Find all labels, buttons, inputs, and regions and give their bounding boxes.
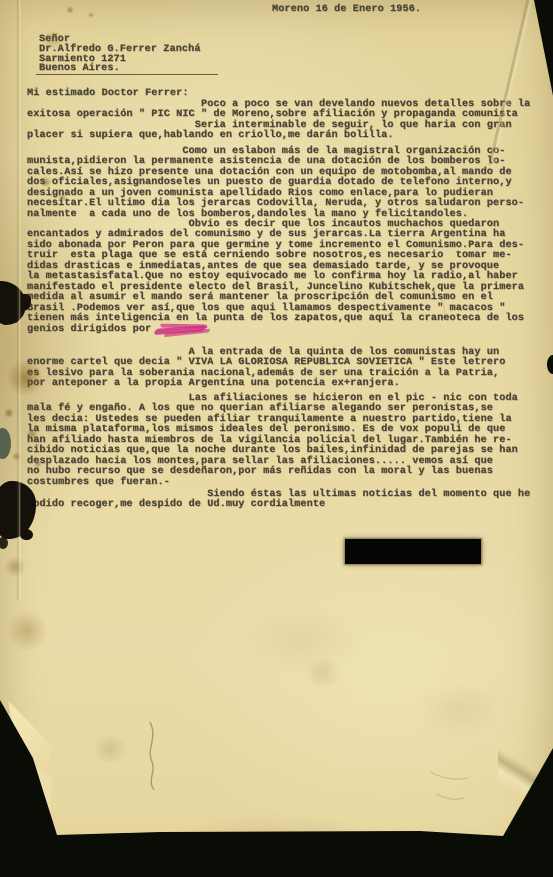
paragraph-5: Las afiliaciones se hicieron en el pic -… [27, 394, 553, 488]
typewritten-line: placer si supiera que,hablando en crioll… [27, 131, 553, 141]
stain [90, 736, 130, 762]
corner-fold-shade [498, 740, 553, 845]
dark-stain [0, 428, 11, 459]
folded-corner-flap [4, 698, 58, 838]
paragraph-4: A la entrada de la quinta de los comunis… [27, 348, 553, 390]
typewritten-line: genios dirigidos por [27, 325, 553, 335]
recipient-block: Señor Dr.Alfredo G.Ferrer Zanchá Sarmien… [39, 35, 201, 74]
address-underline [36, 74, 218, 75]
vertical-crease [16, 0, 21, 600]
typewritten-line: podido recoger,me despido de Ud.muy cord… [27, 500, 553, 510]
stain [66, 6, 74, 14]
stain [4, 556, 26, 578]
paragraph-6: Siendo éstas las ultimas noticias del mo… [27, 490, 553, 511]
magenta-scribble-redaction [155, 322, 211, 338]
typewritten-line: por anteponer a la propia Argentina una … [27, 379, 553, 389]
stain [300, 660, 346, 686]
typewritten-line: costumbres que fueran.- [27, 478, 553, 488]
stain [40, 176, 52, 188]
stain [26, 428, 38, 440]
stain [8, 608, 46, 654]
recipient-line: Buenos Aires. [39, 64, 201, 74]
paragraph-1: Poco a poco se van develando nuevos deta… [27, 100, 553, 142]
date-line: Moreno 16 de Enero 1956. [272, 5, 421, 15]
stain [8, 358, 42, 398]
paragraph-2: Como un eslabon más de la magistral orga… [27, 147, 553, 220]
folded-corner-flap [26, 764, 52, 836]
stain [88, 12, 94, 18]
signature-redaction-bar [345, 539, 481, 564]
stain [44, 28, 62, 52]
letter-paper: Moreno 16 de Enero 1956. Señor Dr.Alfred… [0, 0, 553, 877]
typewritten-line: tienen más inteligencia en la punta de l… [27, 314, 553, 324]
greeting-line: Mi estimado Doctor Ferrer: [27, 89, 189, 99]
scanned-letter-photo: Moreno 16 de Enero 1956. Señor Dr.Alfred… [0, 0, 553, 877]
stain [34, 460, 42, 468]
stain [58, 193, 67, 202]
stain [4, 408, 14, 418]
edge-notch [547, 355, 553, 374]
paragraph-3: Obvio es decir que los incautos muchacho… [27, 220, 553, 335]
ink-blot [0, 281, 26, 325]
